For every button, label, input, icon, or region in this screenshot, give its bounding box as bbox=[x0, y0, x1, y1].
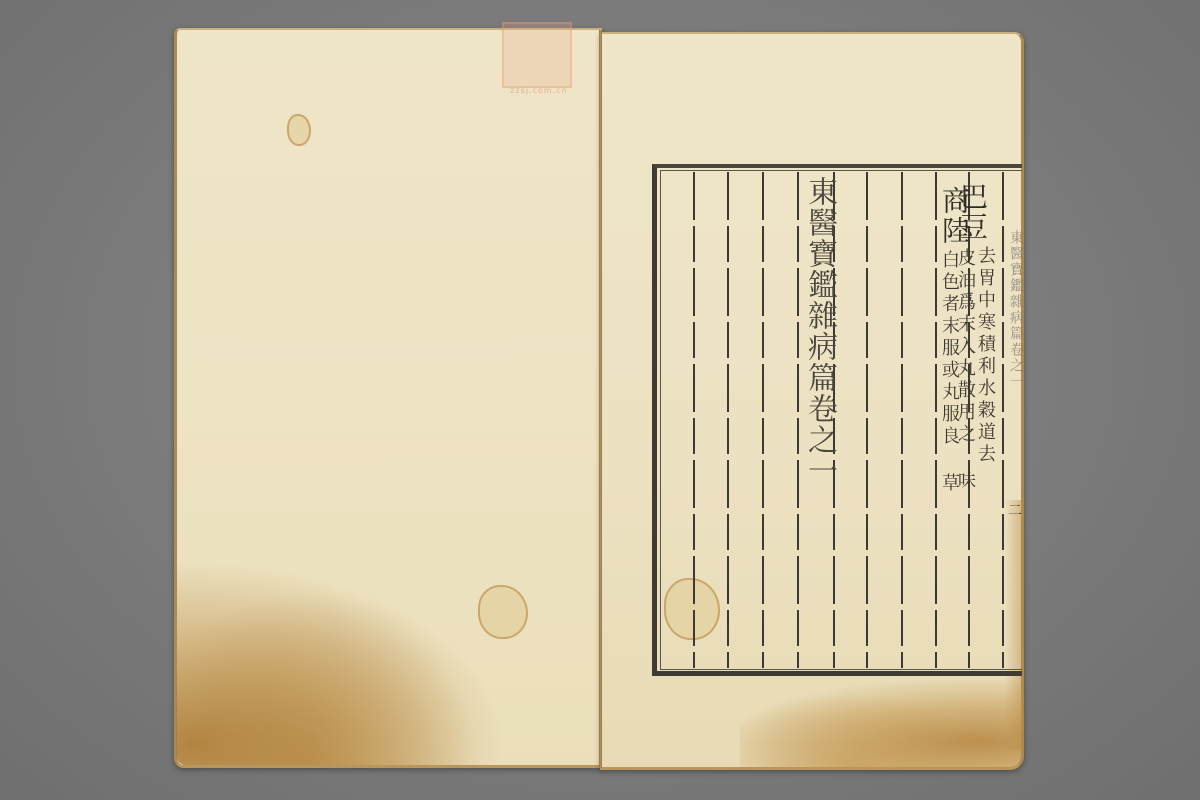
headword-shanglu: 商陸 bbox=[934, 186, 974, 246]
stain-spot-top-center bbox=[287, 114, 311, 146]
book-gutter bbox=[599, 30, 602, 768]
column-rule bbox=[1002, 172, 1004, 668]
column-rule bbox=[866, 172, 868, 668]
entry-note-shanglu-left: 白色者末服或丸服良 草 bbox=[936, 250, 962, 495]
column-rule bbox=[693, 172, 695, 668]
column-rule bbox=[797, 172, 799, 668]
watermark-text: zzsj.com.cn bbox=[494, 86, 584, 95]
chapter-title-column: 東醫寶鑑雜病篇卷之一 bbox=[802, 176, 836, 486]
watermark-stamp bbox=[502, 22, 572, 88]
column-rule bbox=[727, 172, 729, 668]
column-rule bbox=[901, 172, 903, 668]
folio-mark: 二 bbox=[1008, 500, 1022, 520]
running-head: 東醫寶鑑雜病篇卷之一 bbox=[1006, 230, 1026, 390]
open-book: zzsj.com.cn 東醫寶鑑雜病篇卷之一 巴豆 去胃中寒積利水穀道去 皮油爲… bbox=[0, 0, 1200, 800]
water-stain-bottom-right bbox=[740, 680, 1022, 768]
column-rule bbox=[762, 172, 764, 668]
stain-spot-bottom-center bbox=[478, 585, 528, 639]
